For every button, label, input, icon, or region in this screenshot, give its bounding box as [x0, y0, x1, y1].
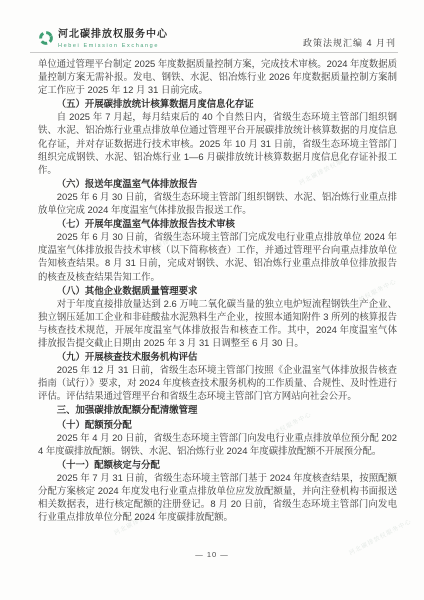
section-heading: 三、加强碳排放配额分配清缴管理: [38, 402, 397, 416]
document-paragraph: 自 2025 年 7 月起，每月结束后的 40 个自然日内，省级生态环境主管部门…: [38, 110, 397, 175]
document-body: 单位通过管理平台制定 2025 年度数据质量控制方案，完成技术审核。2024 年…: [38, 57, 397, 523]
section-heading: （九）开展核查技术服务机构评估: [38, 349, 397, 363]
section-heading: （十一）配额核定与分配: [38, 457, 397, 471]
document-paragraph: 2025 年 6 月 30 日前，省级生态环境主管部门完成发电行业重点排放单位 …: [38, 230, 397, 282]
document-paragraph: 对于年度直接排放量达到 2.6 万吨二氧化碳当量的独立电炉短流程钢铁生产企业、独…: [38, 297, 397, 349]
section-heading: （六）报送年度温室气体排放报告: [38, 176, 397, 190]
org-name-cn: 河北碳排放权服务中心: [58, 29, 168, 41]
section-heading: （五）开展碳排放统计核算数据月度信息化存证: [38, 96, 397, 110]
org-name-en: Hebei Emission Exchange: [58, 42, 168, 50]
document-paragraph: 单位通过管理平台制定 2025 年度数据质量控制方案，完成技术审核。2024 年…: [38, 57, 397, 96]
document-paragraph: 2025 年 6 月 30 日前，省级生态环境主管部门组织钢铁、水泥、铝冶炼行业…: [38, 190, 397, 216]
document-page: 河北碳排放权服务中心 Hebei Emission Exchange 政策法规汇…: [0, 0, 424, 600]
brand-text: 河北碳排放权服务中心 Hebei Emission Exchange: [58, 29, 168, 50]
document-paragraph: 2025 年 7 月 31 日前，省级生态环境主管部门基于 2024 年度核查结…: [38, 471, 397, 523]
issue-label: 政策法规汇编 4 月刊: [303, 36, 396, 49]
page-header: 河北碳排放权服务中心 Hebei Emission Exchange 政策法规汇…: [38, 29, 396, 51]
document-paragraph: 2025 年 4 月 20 日前，省级生态环境主管部门向发电行业重点排放单位预分…: [38, 431, 397, 457]
section-heading: （七）开展年度温室气体排放报告技术审核: [38, 216, 397, 230]
recycle-logo-icon: [38, 30, 54, 46]
page-number: — 10 —: [0, 550, 424, 559]
brand-logo-group: 河北碳排放权服务中心 Hebei Emission Exchange: [38, 29, 168, 50]
document-paragraph: 2025 年 12 月 31 日前，省级生态环境主管部门按照《企业温室气体排放报…: [38, 363, 397, 402]
section-heading: （八）其他企业数据质量管理要求: [38, 283, 397, 297]
section-heading: （十）配额预分配: [38, 417, 397, 431]
header-divider: [30, 52, 398, 53]
